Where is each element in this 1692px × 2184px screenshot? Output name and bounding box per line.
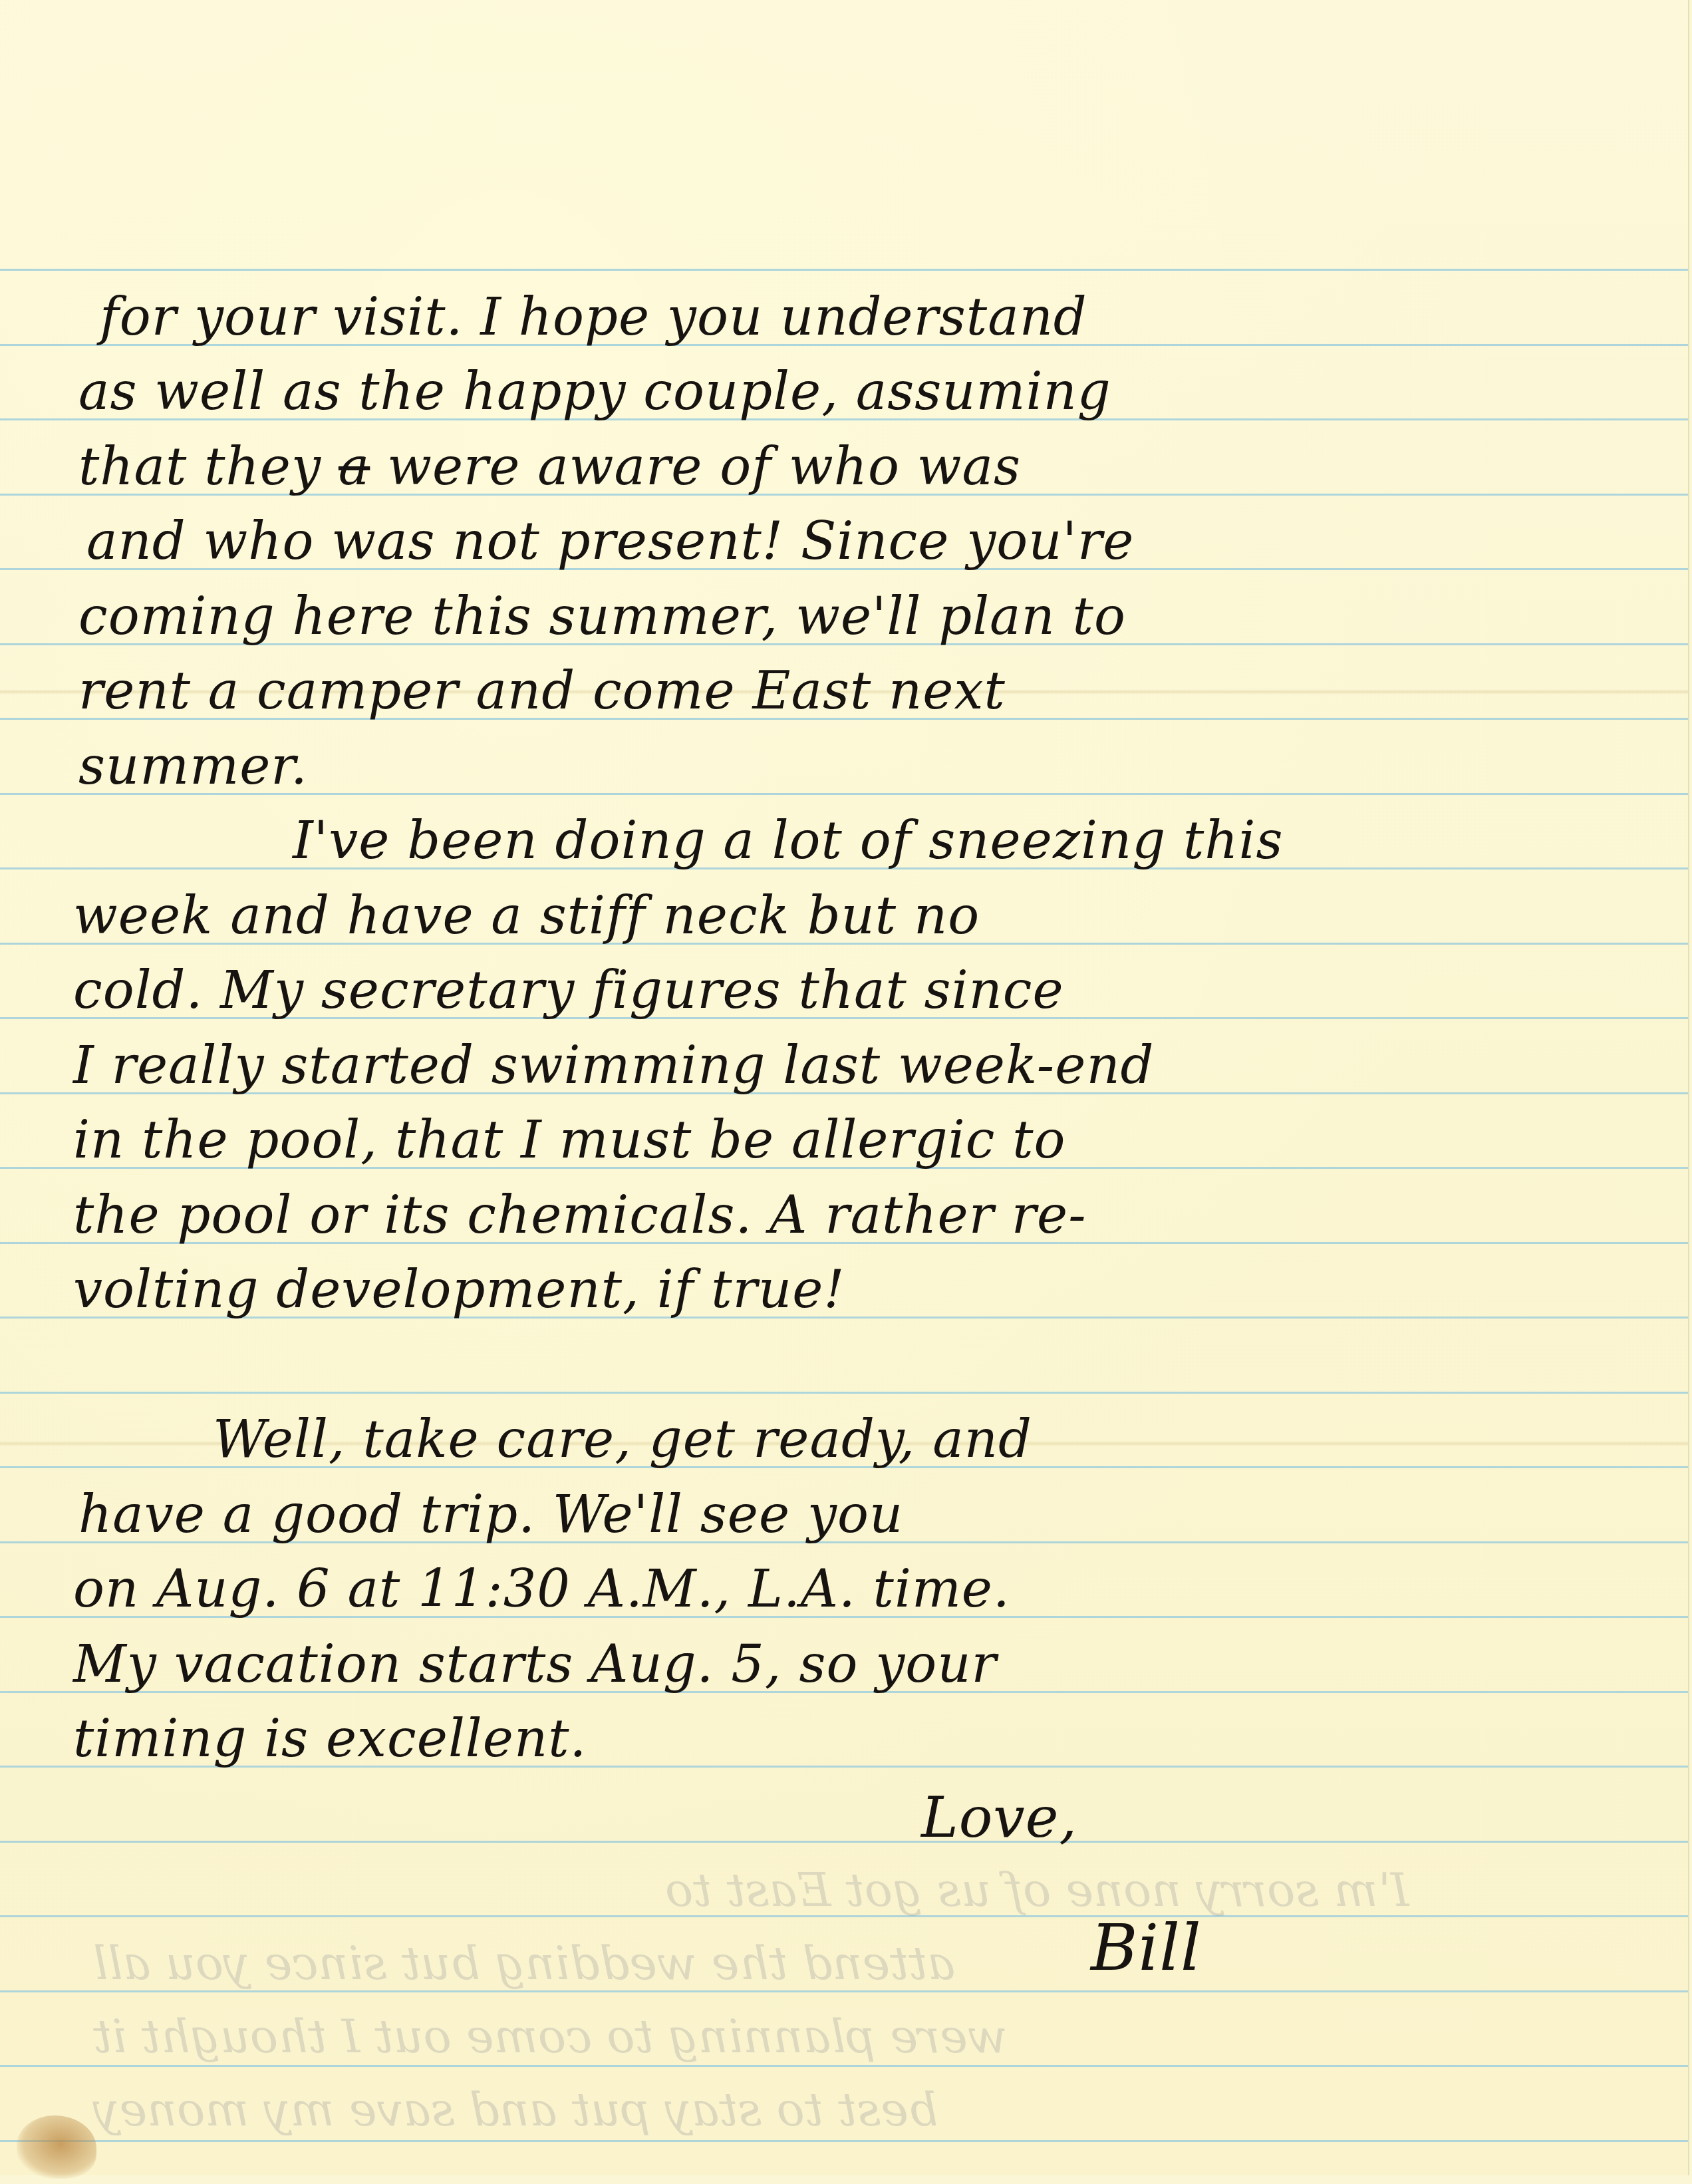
bleed-through-line: attend the wedding but since you all xyxy=(93,1936,955,1990)
letter-line: week and have a stiff neck but no xyxy=(73,890,980,942)
bleed-through-line: best to stay put and save my money xyxy=(93,2082,938,2137)
letter-line: volting development, if true! xyxy=(73,1264,845,1316)
letter-line: in the pool, that I must be allergic to xyxy=(73,1114,1065,1166)
letter-text: were aware of who was xyxy=(387,437,1021,497)
letter-line: that they a were aware of who was xyxy=(78,441,1021,493)
letter-signature: Bill xyxy=(1091,1916,1202,1980)
letter-text: that they xyxy=(78,437,321,497)
ruled-line xyxy=(0,2140,1688,2142)
letter-line: have a good trip. We'll see you xyxy=(78,1489,903,1541)
ruled-line xyxy=(0,1392,1688,1394)
letter-line: Well, take care, get ready, and xyxy=(213,1414,1032,1466)
bleed-through-line: were planning to come out I thought it xyxy=(93,2009,1008,2064)
letter-line: cold. My secretary figures that since xyxy=(73,965,1064,1016)
letter-line: I really started swimming last week-end xyxy=(73,1040,1155,1092)
ruled-line xyxy=(0,1990,1688,1992)
ruled-line xyxy=(0,1841,1688,1843)
ruled-line xyxy=(0,2065,1688,2067)
letter-line: coming here this summer, we'll plan to xyxy=(78,591,1126,643)
letter-closing: Love, xyxy=(921,1790,1077,1845)
letter-line: summer. xyxy=(78,740,308,792)
letter-line: rent a camper and come East next xyxy=(78,665,1006,717)
letter-line: as well as the happy couple, assuming xyxy=(78,366,1111,418)
bleed-through-line: I'm sorry none of us got East to xyxy=(665,1863,1409,1917)
letter-line: for your visit. I hope you understand xyxy=(100,291,1087,343)
ruled-line xyxy=(0,269,1688,271)
letter-line: and who was not present! Since you're xyxy=(86,516,1134,567)
letter-line: timing is excellent. xyxy=(73,1713,587,1765)
stain-mark xyxy=(17,2115,96,2179)
crossed-out-word: a xyxy=(339,437,370,497)
letter-page: I'm sorry none of us got East to attend … xyxy=(0,0,1689,2175)
letter-line: I've been doing a lot of sneezing this xyxy=(293,815,1283,867)
letter-line: My vacation starts Aug. 5, so your xyxy=(73,1638,997,1690)
letter-line: on Aug. 6 at 11:30 A.M., L.A. time. xyxy=(73,1563,1010,1615)
letter-line: the pool or its chemicals. A rather re- xyxy=(73,1189,1087,1241)
